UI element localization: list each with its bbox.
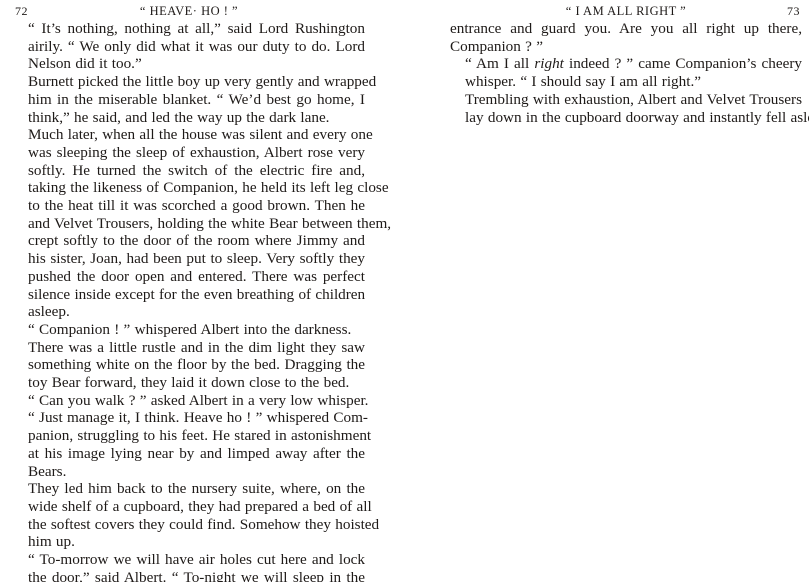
- paragraph: “ To-morrow we will have air holes cut h…: [13, 551, 365, 582]
- text-line: “ To-morrow we will have air holes cut h…: [13, 551, 365, 569]
- text-run: indeed ? ” came Companion’s cheery: [564, 55, 802, 72]
- text-line: Much later, when all the house was silen…: [13, 126, 365, 144]
- text-line: Nelson did it too.”: [13, 55, 365, 73]
- running-head-title: “ HEAVE· HO ! ”: [13, 4, 365, 19]
- text-run: “ Am I all: [465, 55, 534, 72]
- text-line: him up.: [13, 533, 365, 551]
- text-line: “ It’s nothing, nothing at all,” said Lo…: [13, 20, 365, 38]
- text-line: softly. He turned the switch of the elec…: [13, 162, 365, 180]
- paragraph: There was a little rustle and in the dim…: [13, 339, 365, 392]
- text-line: entrance and guard you. Are you all righ…: [450, 20, 802, 38]
- text-line: crept softly to the door of the room whe…: [13, 232, 365, 250]
- text-line: him in the miserable blanket. “ We’d bes…: [13, 91, 365, 109]
- text-line: at his image lying near by and limped aw…: [13, 445, 365, 463]
- paragraph: “ Can you walk ? ” asked Albert in a ver…: [13, 392, 365, 410]
- text-line: wide shelf of a cupboard, they had prepa…: [13, 498, 365, 516]
- text-line: panion, struggling to his feet. He stare…: [13, 427, 365, 445]
- page-number: 73: [787, 4, 800, 19]
- emphasis-text: right: [534, 55, 564, 72]
- page-body: “ It’s nothing, nothing at all,” said Lo…: [13, 20, 365, 582]
- paragraph: “ Just manage it, I think. Heave ho ! ” …: [13, 409, 365, 480]
- paragraph: “ Am I all right indeed ? ” came Compani…: [450, 55, 802, 90]
- paragraph: Trembling with exhaustion, Albert and Ve…: [450, 91, 802, 126]
- text-line: whisper. “ I should say I am all right.”: [450, 73, 802, 91]
- text-line: Burnett picked the little boy up very ge…: [13, 73, 365, 91]
- text-line: the softest covers they could find. Some…: [13, 516, 365, 534]
- paragraph: entrance and guard you. Are you all righ…: [450, 20, 802, 55]
- text-line: think,” he said, and led the way up the …: [13, 109, 365, 127]
- paragraph: They led him back to the nursery suite, …: [13, 480, 365, 551]
- text-line: airily. “ We only did what it was our du…: [13, 38, 365, 56]
- text-line: asleep.: [13, 303, 365, 321]
- paragraph: “ Companion ! ” whispered Albert into th…: [13, 321, 365, 339]
- text-line: “ Am I all right indeed ? ” came Compani…: [450, 55, 802, 73]
- text-line: the door,” said Albert. “ To-night we wi…: [13, 569, 365, 582]
- paragraph: Burnett picked the little boy up very ge…: [13, 73, 365, 126]
- text-line: lay down in the cupboard doorway and ins…: [450, 109, 802, 127]
- page-body: entrance and guard you. Are you all righ…: [450, 20, 802, 126]
- text-line: taking the likeness of Companion, he hel…: [13, 179, 365, 197]
- text-line: “ Companion ! ” whispered Albert into th…: [13, 321, 365, 339]
- text-line: something white on the floor by the bed.…: [13, 356, 365, 374]
- text-line: Bears.: [13, 463, 365, 481]
- text-line: “ Just manage it, I think. Heave ho ! ” …: [13, 409, 365, 427]
- text-line: was sleeping the sleep of exhaustion, Al…: [13, 144, 365, 162]
- text-line: and Velvet Trousers, holding the white B…: [13, 215, 365, 233]
- running-head-title: “ I AM ALL RIGHT ”: [450, 4, 802, 19]
- text-line: to the heat till it was scorched a good …: [13, 197, 365, 215]
- running-head-left: 72 “ HEAVE· HO ! ”: [13, 0, 365, 20]
- right-page: “ I AM ALL RIGHT ” 73 entrance and guard…: [450, 0, 802, 582]
- text-line: pushed the door open and entered. There …: [13, 268, 365, 286]
- text-line: Companion ? ”: [450, 38, 802, 56]
- paragraph: “ It’s nothing, nothing at all,” said Lo…: [13, 20, 365, 73]
- text-line: There was a little rustle and in the dim…: [13, 339, 365, 357]
- running-head-right: “ I AM ALL RIGHT ” 73: [450, 0, 802, 20]
- text-line: silence inside except for the even breat…: [13, 286, 365, 304]
- text-line: “ Can you walk ? ” asked Albert in a ver…: [13, 392, 365, 410]
- text-line: They led him back to the nursery suite, …: [13, 480, 365, 498]
- left-page: 72 “ HEAVE· HO ! ” “ It’s nothing, nothi…: [13, 0, 365, 582]
- text-line: toy Bear forward, they laid it down clos…: [13, 374, 365, 392]
- text-line: Trembling with exhaustion, Albert and Ve…: [450, 91, 802, 109]
- paragraph: Much later, when all the house was silen…: [13, 126, 365, 321]
- text-line: his sister, Joan, had been put to sleep.…: [13, 250, 365, 268]
